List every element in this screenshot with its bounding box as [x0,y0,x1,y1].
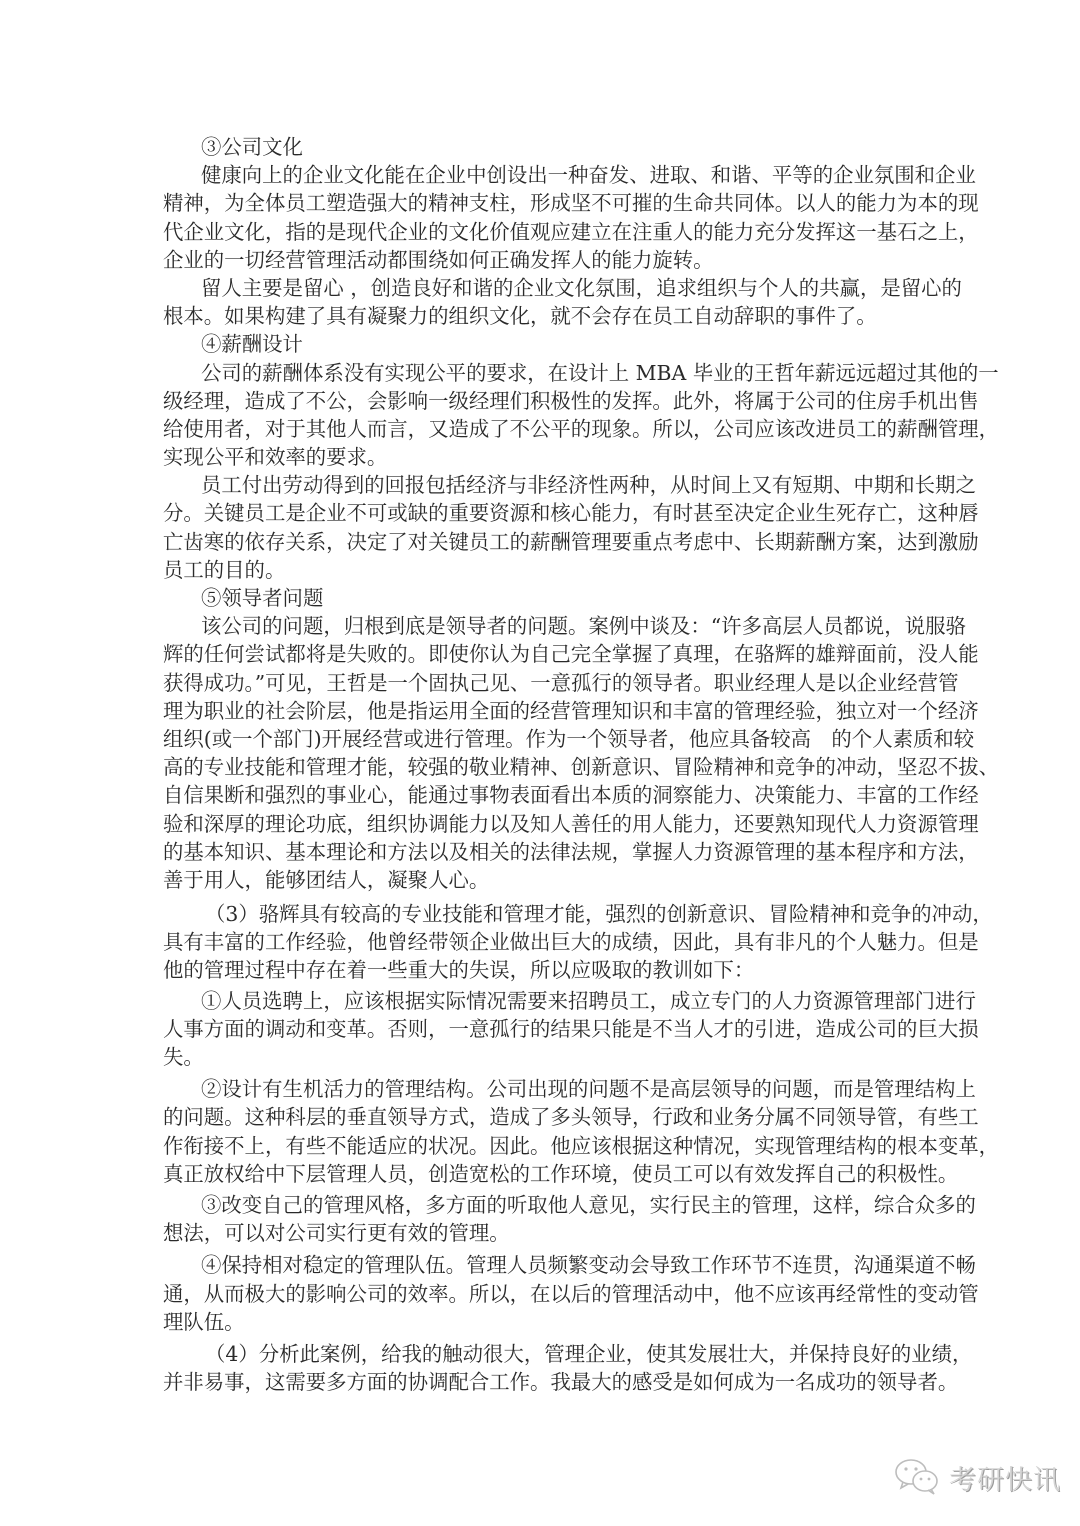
paragraph-line: 自信果断和强烈的事业心，能通过事物表面看出本质的洞察能力、决策能力、丰富的工作经 [163,781,917,809]
paragraph-line: 精神，为全体员工塑造强大的精神支柱，形成坚不可摧的生命共同体。以人的能力为本的现 [163,189,917,217]
paragraph-line: 公司的薪酬体系没有实现公平的要求，在设计上 MBA 毕业的王哲年薪远远超过其他的… [163,359,917,387]
paragraph-line: 验和深厚的理论功底，组织协调能力以及知人善任的用人能力，还要熟知现代人力资源管理 [163,810,917,838]
document-body: ③公司文化 健康向上的企业文化能在企业中创设出一种奋发、进取、和谐、平等的企业氛… [163,133,917,1396]
paragraph-line: 理为职业的社会阶层，他是指运用全面的经营管理知识和丰富的管理经验，独立对一个经济 [163,697,917,725]
section-heading-leadership-problem: ⑤领导者问题 [163,584,917,612]
paragraph-line: 员工付出劳动得到的回报包括经济与非经济性两种，从时间上又有短期、中期和长期之 [163,471,917,499]
paragraph-line: 的基本知识、基本理论和方法以及相关的法律法规，掌握人力资源管理的基本程序和方法， [163,838,917,866]
paragraph-line: 代企业文化，指的是现代企业的文化价值观应建立在注重人的能力充分发挥这一基石之上， [163,218,917,246]
section-heading-company-culture: ③公司文化 [163,133,917,161]
paragraph-line: 人事方面的调动和变革。否则，一意孤行的结果只能是不当人才的引进，造成公司的巨大损 [163,1015,917,1043]
paragraph-line: 员工的目的。 [163,556,917,584]
lesson-4-line: ④保持相对稳定的管理队伍。管理人员频繁变动会导致工作环节不连贯，沟通渠道不畅 [163,1251,917,1279]
paragraph-line: 高的专业技能和管理才能，较强的敬业精神、创新意识、冒险精神和竞争的冲动，坚忍不拔… [163,753,917,781]
paragraph-line: 并非易事，这需要多方面的协调配合工作。我最大的感受是如何成为一名成功的领导者。 [163,1368,917,1396]
paragraph-line: 给使用者，对于其他人而言，又造成了不公平的现象。所以，公司应该改进员工的薪酬管理… [163,415,917,443]
answer-3-line: （3）骆辉具有较高的专业技能和管理才能，强烈的创新意识、冒险精神和竞争的冲动， [163,900,917,928]
lesson-3-line: ③改变自己的管理风格，多方面的听取他人意见，实行民主的管理，这样，综合众多的 [163,1191,917,1219]
paragraph-line: 根本。如果构建了具有凝聚力的组织文化，就不会存在员工自动辞职的事件了。 [163,302,917,330]
paragraph-line: 善于用人，能够团结人，凝聚人心。 [163,866,917,894]
paragraph-line: 亡齿寒的依存关系，决定了对关键员工的薪酬管理要重点考虑中、长期薪酬方案，达到激励 [163,528,917,556]
paragraph-line: 分。关键员工是企业不可或缺的重要资源和核心能力，有时甚至决定企业生死存亡，这种唇 [163,499,917,527]
lesson-1-line: ①人员选聘上，应该根据实际情况需要来招聘员工，成立专门的人力资源管理部门进行 [163,987,917,1015]
document-page: ③公司文化 健康向上的企业文化能在企业中创设出一种奋发、进取、和谐、平等的企业氛… [0,0,1080,1526]
watermark: 考研快讯 [893,1455,1061,1499]
paragraph-line: 作衔接不上，有些不能适应的状况。因此。他应该根据这种情况，实现管理结构的根本变革… [163,1132,917,1160]
paragraph-line: 该公司的问题，归根到底是领导者的问题。案例中谈及：“许多高层人员都说，说服骆 [163,612,917,640]
section-heading-compensation-design: ④薪酬设计 [163,330,917,358]
paragraph-line: 企业的一切经营管理活动都围绕如何正确发挥人的能力旋转。 [163,246,917,274]
paragraph-line: 辉的任何尝试都将是失败的。即使你认为自己完全掌握了真理，在骆辉的雄辩面前，没人能 [163,640,917,668]
paragraph-line: 他的管理过程中存在着一些重大的失误，所以应吸取的教训如下： [163,956,917,984]
wechat-icon [893,1457,943,1497]
paragraph-line: 的问题。这种科层的垂直领导方式，造成了多头领导，行政和业务分属不同领导管，有些工 [163,1103,917,1131]
watermark-text: 考研快讯 [949,1458,1061,1497]
paragraph-line: 真正放权给中下层管理人员，创造宽松的工作环境，使员工可以有效发挥自己的积极性。 [163,1160,917,1188]
paragraph-line: 实现公平和效率的要求。 [163,443,917,471]
paragraph-line: 理队伍。 [163,1308,917,1336]
paragraph-line: 具有丰富的工作经验，他曾经带领企业做出巨大的成绩，因此，具有非凡的个人魅力。但是 [163,928,917,956]
paragraph-line: 获得成功。”可见，王哲是一个固执己见、一意孤行的领导者。职业经理人是以企业经营管 [163,669,917,697]
paragraph-line: 健康向上的企业文化能在企业中创设出一种奋发、进取、和谐、平等的企业氛围和企业 [163,161,917,189]
paragraph-line: 组织(或一个部门)开展经营或进行管理。作为一个领导者，他应具备较高 的个人素质和… [163,725,917,753]
paragraph-line: 想法，可以对公司实行更有效的管理。 [163,1219,917,1247]
paragraph-line: 留人主要是留心 ，创造良好和谐的企业文化氛围，追求组织与个人的共赢，是留心的 [163,274,917,302]
answer-4-line: （4）分析此案例，给我的触动很大，管理企业，使其发展壮大，并保持良好的业绩， [163,1340,917,1368]
paragraph-line: 失。 [163,1043,917,1071]
paragraph-line: 级经理，造成了不公，会影响一级经理们积极性的发挥。此外，将属于公司的住房手机出售 [163,387,917,415]
paragraph-line: 通，从而极大的影响公司的效率。所以，在以后的管理活动中，他不应该再经常性的变动管 [163,1280,917,1308]
lesson-2-line: ②设计有生机活力的管理结构。公司出现的问题不是高层领导的问题，而是管理结构上 [163,1075,917,1103]
